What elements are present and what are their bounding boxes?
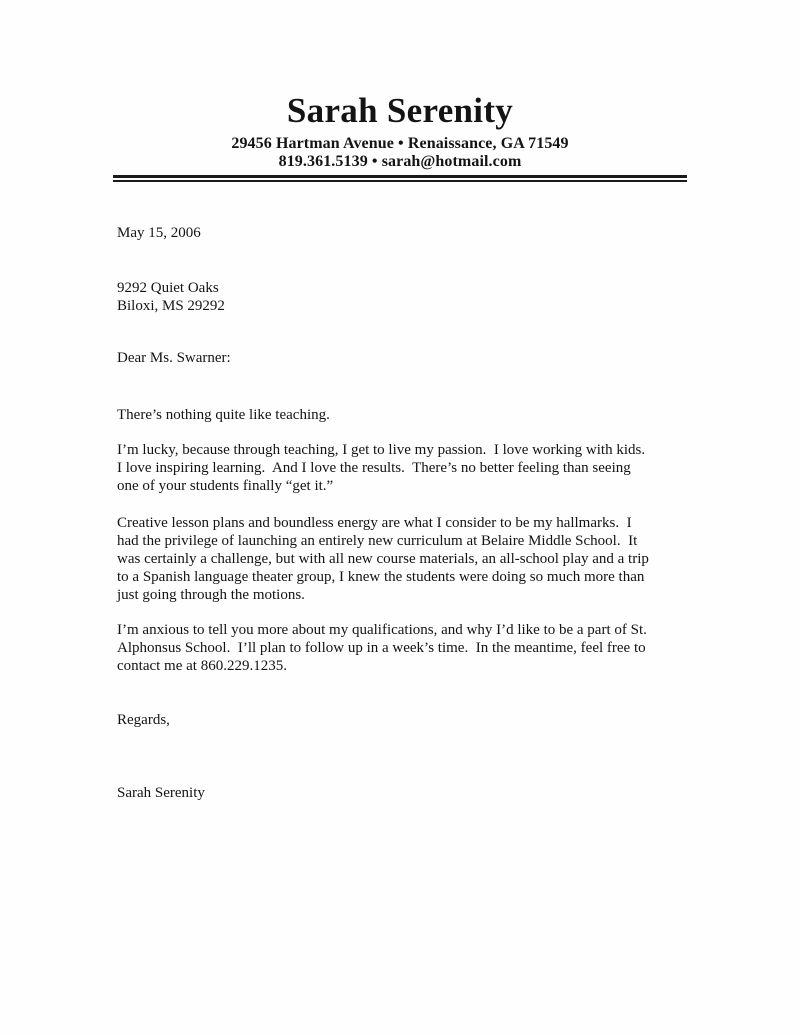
recipient-address-line: 9292 Quiet Oaks <box>117 279 717 297</box>
signature: Sarah Serenity <box>117 784 717 802</box>
text-line: I’m lucky, because through teaching, I g… <box>117 441 717 459</box>
text-line: Creative lesson plans and boundless ener… <box>117 514 717 532</box>
salutation: Dear Ms. Swarner: <box>117 349 717 367</box>
letterhead-contact: 819.361.5139 • sarah@hotmail.com <box>0 153 800 171</box>
letterhead-address: 29456 Hartman Avenue • Renaissance, GA 7… <box>0 135 800 153</box>
closing: Regards, <box>117 711 717 729</box>
text-line: I’m anxious to tell you more about my qu… <box>117 621 717 639</box>
paragraph: I’m anxious to tell you more about my qu… <box>117 621 717 675</box>
double-rule-divider <box>113 175 687 182</box>
paragraph: Creative lesson plans and boundless ener… <box>117 514 717 604</box>
text-line: one of your students finally “get it.” <box>117 477 717 495</box>
text-line: There’s nothing quite like teaching. <box>117 406 717 424</box>
recipient-address-line: Biloxi, MS 29292 <box>117 297 717 315</box>
paragraph: I’m lucky, because through teaching, I g… <box>117 441 717 495</box>
text-line: Alphonsus School. I’ll plan to follow up… <box>117 639 717 657</box>
letterhead-name: Sarah Serenity <box>0 92 800 130</box>
text-line: just going through the motions. <box>117 586 717 604</box>
text-line: contact me at 860.229.1235. <box>117 657 717 675</box>
text-line: to a Spanish language theater group, I k… <box>117 568 717 586</box>
letter-document: Sarah Serenity 29456 Hartman Avenue • Re… <box>0 0 800 1035</box>
paragraph: There’s nothing quite like teaching. <box>117 406 717 424</box>
text-line: I love inspiring learning. And I love th… <box>117 459 717 477</box>
letterhead: Sarah Serenity 29456 Hartman Avenue • Re… <box>0 0 800 182</box>
text-line: was certainly a challenge, but with all … <box>117 550 717 568</box>
letter-body: May 15, 2006 9292 Quiet Oaks Biloxi, MS … <box>117 224 717 802</box>
text-line: had the privilege of launching an entire… <box>117 532 717 550</box>
date: May 15, 2006 <box>117 224 717 242</box>
recipient-address: 9292 Quiet Oaks Biloxi, MS 29292 <box>117 279 717 315</box>
